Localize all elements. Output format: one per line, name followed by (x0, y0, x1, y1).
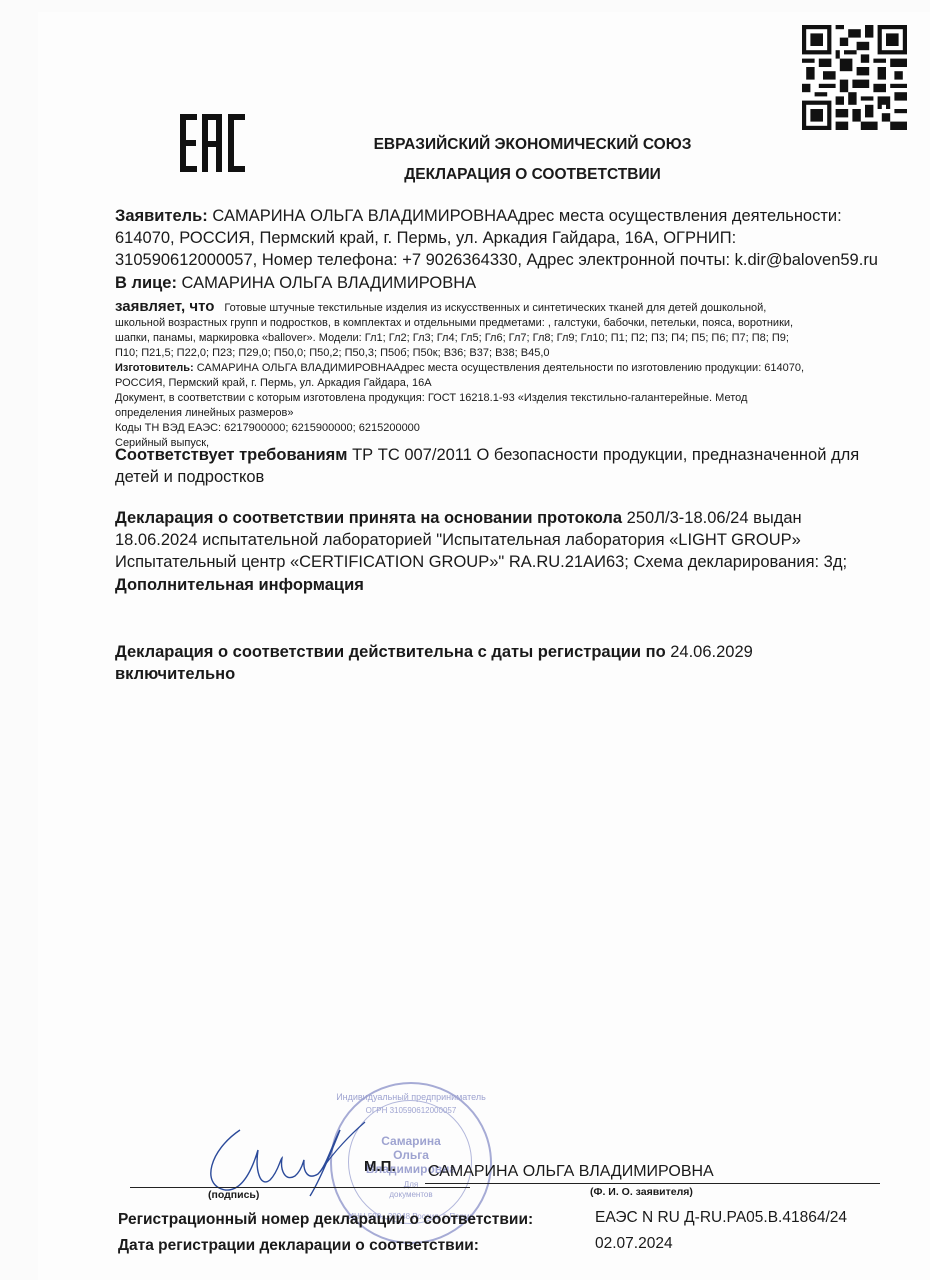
union-title: ЕВРАЗИЙСКИЙ ЭКОНОМИЧЕСКИЙ СОЮЗ (0, 136, 930, 154)
basis-line3: Испытательный центр «CERTIFICATION GROUP… (115, 551, 915, 573)
declares-line3: шапки, панамы, маркировка «ballover». Мо… (115, 331, 905, 346)
registration-number-value: ЕАЭС N RU Д-RU.РА05.В.41864/24 (595, 1209, 847, 1227)
stamp-ring-top: Индивидуальный предприниматель (332, 1092, 490, 1102)
seal-place-label: М.П. (364, 1158, 396, 1175)
represented-by: В лице: САМАРИНА ОЛЬГА ВЛАДИМИРОВНА (115, 272, 476, 294)
validity-date: 24.06.2029 (666, 643, 753, 661)
applicant-label: Заявитель: (115, 207, 208, 225)
represented-by-value: САМАРИНА ОЛЬГА ВЛАДИМИРОВНА (177, 274, 476, 292)
basis-line1: 250Л/3-18.06/24 выдан (622, 509, 802, 527)
document-title: ДЕКЛАРАЦИЯ О СООТВЕТСТВИИ (0, 166, 930, 184)
represented-by-label: В лице: (115, 274, 177, 292)
registration-number-label: Регистрационный номер декларации о соотв… (118, 1211, 533, 1229)
basis-label: Декларация о соответствии принята на осн… (115, 509, 622, 527)
signature-caption: (подпись) (208, 1189, 259, 1201)
applicant-line1: САМАРИНА ОЛЬГА ВЛАДИМИРОВНААдрес места о… (208, 207, 842, 225)
requirements-line2: детей и подростков (115, 466, 905, 488)
validity-label: Декларация о соответствии действительна … (115, 643, 666, 661)
basis-section: Декларация о соответствии принята на осн… (115, 507, 915, 573)
registration-date-label: Дата регистрации декларации о соответств… (118, 1237, 479, 1255)
requirements-section: Соответствует требованиям ТР ТС 007/2011… (115, 444, 905, 488)
requirements-label: Соответствует требованиям (115, 446, 348, 464)
basis-line2: 18.06.2024 испытательной лабораторией "И… (115, 529, 915, 551)
manufacturer-line2: РОССИЯ, Пермский край, г. Пермь, ул. Арк… (115, 376, 905, 391)
declares-line2: школьной возрастных групп и подростков, … (115, 316, 905, 331)
declares-line4: П10; П21,5; П22,0; П23; П29,0; П50,0; П5… (115, 346, 905, 361)
manufacturer-label: Изготовитель: (115, 362, 194, 374)
name-line (425, 1183, 880, 1184)
registration-date-value: 02.07.2024 (595, 1235, 673, 1253)
additional-info-label: Дополнительная информация (115, 576, 364, 594)
declares-label: заявляет, что (115, 298, 214, 315)
declares-line1: Готовые штучные текстильные изделия из и… (224, 302, 766, 314)
validity-inclusive: включительно (115, 665, 235, 683)
declares-section: заявляет, чтоГотовые штучные текстильные… (115, 299, 905, 451)
applicant-section: Заявитель: САМАРИНА ОЛЬГА ВЛАДИМИРОВНААд… (115, 205, 915, 271)
signature-line (130, 1187, 470, 1188)
customs-codes: Коды ТН ВЭД ЕАЭС: 6217900000; 6215900000… (115, 421, 905, 436)
applicant-full-name: САМАРИНА ОЛЬГА ВЛАДИМИРОВНА (428, 1163, 714, 1181)
additional-info: Дополнительная информация (115, 574, 364, 596)
manufacturer-line1: САМАРИНА ОЛЬГА ВЛАДИМИРОВНААдрес места о… (194, 362, 804, 374)
qr-code-icon (802, 25, 907, 130)
document-line1: Документ, в соответствии с которым изгот… (115, 391, 905, 406)
requirements-line1: ТР ТС 007/2011 О безопасности продукции,… (348, 446, 860, 464)
applicant-line3: 310590612000057, Номер телефона: +7 9026… (115, 249, 915, 271)
validity-section: Декларация о соответствии действительна … (115, 641, 905, 685)
name-caption: (Ф. И. О. заявителя) (590, 1186, 693, 1198)
applicant-line2: 614070, РОССИЯ, Пермский край, г. Пермь,… (115, 227, 915, 249)
document-line2: определения линейных размеров» (115, 406, 905, 421)
